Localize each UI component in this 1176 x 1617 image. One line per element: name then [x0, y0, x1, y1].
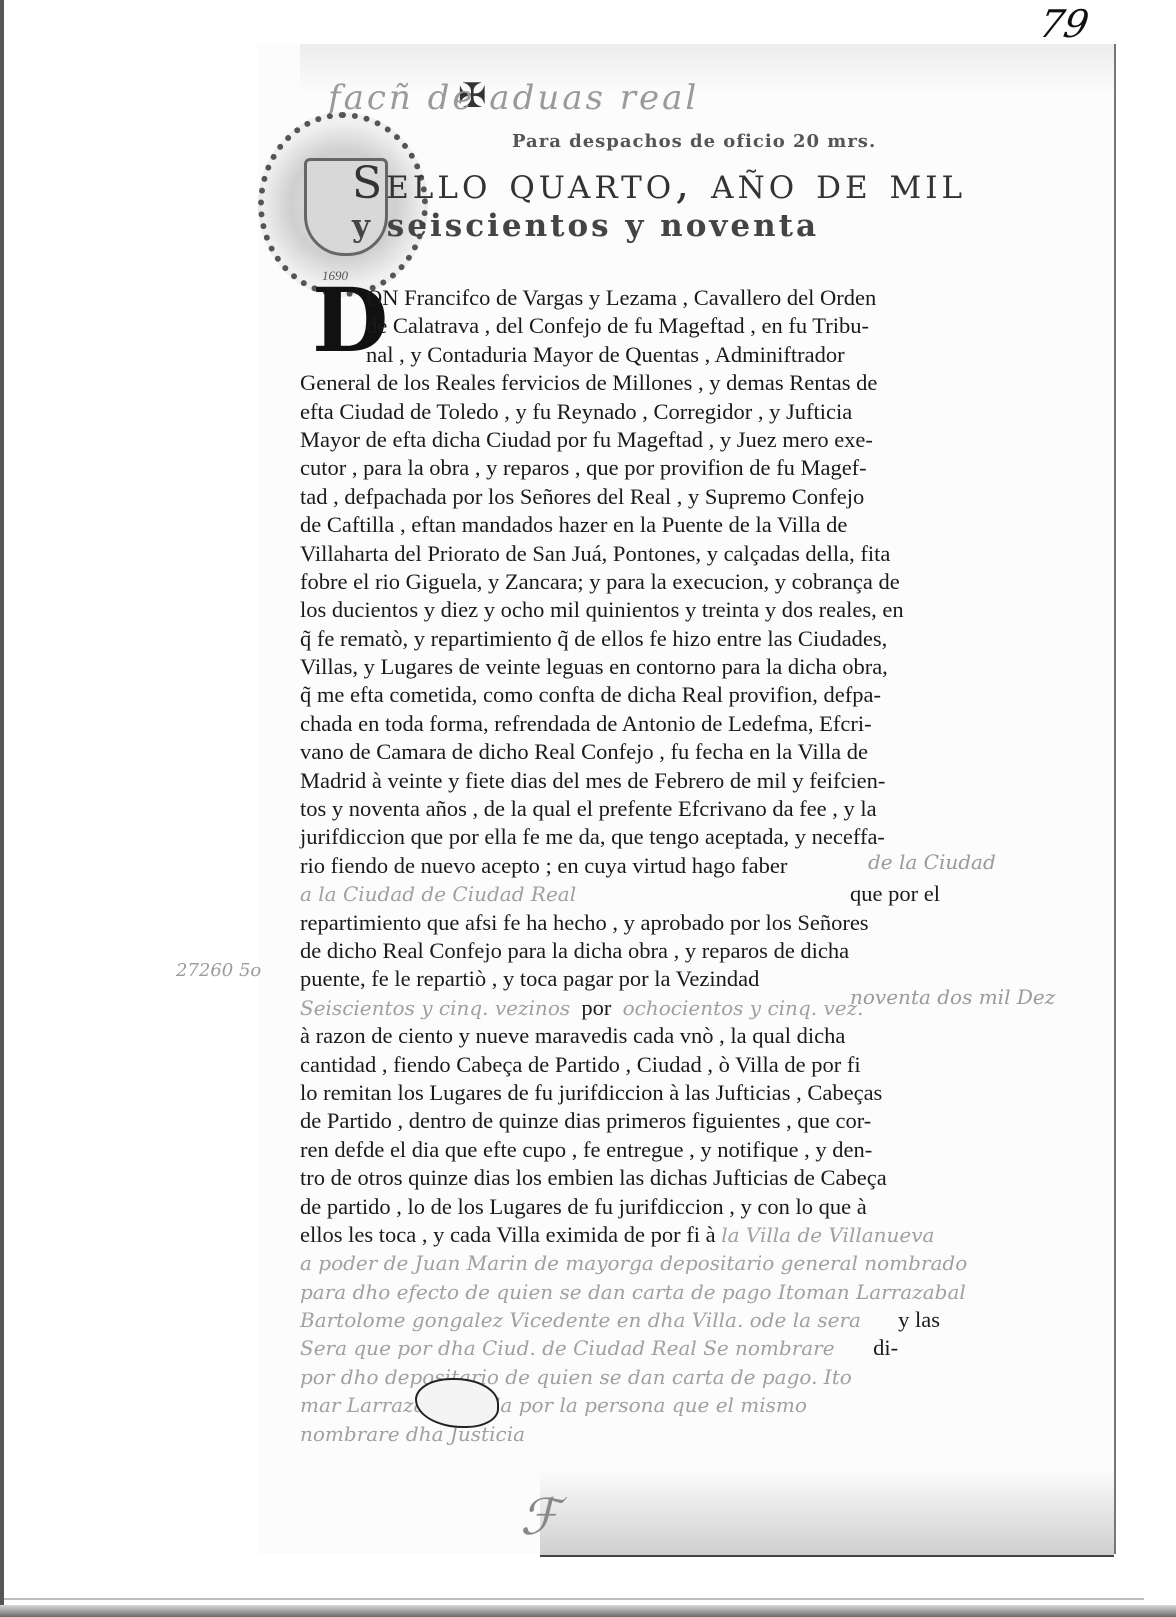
margin-note-right-lower: noventa dos mil Dez: [850, 985, 1055, 1009]
text-line: efta Ciudad de Toledo , y fu Reynado , C…: [300, 398, 940, 426]
text-line: General de los Reales fervicios de Millo…: [300, 369, 940, 397]
handwritten-entry: ochocientos y cinq. vez.: [623, 996, 864, 1020]
text-line: de dicho Real Confejo para la dicha obra…: [300, 937, 940, 965]
fill-in-line: Seiscientos y cinq. vezinos por ochocien…: [300, 994, 940, 1022]
fill-in-line: a la Ciudad de Ciudad Real que por el: [300, 880, 940, 908]
text-line: rio fiendo de nuevo acepto ; en cuya vir…: [300, 852, 940, 880]
text-line: tad , defpachada por los Señores del Rea…: [300, 483, 940, 511]
handwritten-heading: facñ de aduas real: [328, 78, 699, 118]
fill-in-line: Sera que por dha Ciud. de Ciudad Real Se…: [300, 1334, 940, 1362]
text-line: jurifdiccion que por ella fe me da, que …: [300, 823, 940, 851]
fill-in-line: Bartolome gongalez Vicedente en dha Vill…: [300, 1306, 940, 1334]
text-line: Villaharta del Priorato de San Juá, Pont…: [300, 540, 940, 568]
text-line: tos y noventa años , de la qual el prefe…: [300, 795, 940, 823]
text-line: q̃ fe rematò, y repartimiento q̃ de ello…: [300, 625, 940, 653]
text-line: repartimiento que afsi fe ha hecho , y a…: [300, 909, 940, 937]
handwritten-line: a poder de Juan Marin de mayorga deposit…: [300, 1249, 940, 1277]
fill-in-line: ellos les toca , y cada Villa eximida de…: [300, 1221, 940, 1249]
handwritten-line: nombrare dha Justicia: [300, 1420, 940, 1448]
text-line: Mayor de efta dicha Ciudad por fu Mageft…: [300, 426, 940, 454]
handwritten-entry: a la Ciudad de Ciudad Real: [300, 882, 576, 906]
text-line: ren defde el dia que efte cupo , fe entr…: [300, 1136, 940, 1164]
text-line: vano de Camara de dicho Real Confejo , f…: [300, 738, 940, 766]
text-line: de Partido , dentro de quinze dias prime…: [300, 1107, 940, 1135]
handwritten-line: mar Larrazabal della por la persona que …: [300, 1391, 940, 1419]
handwritten-entry: la Villa de Villanueva: [721, 1223, 934, 1247]
handwritten-entry: Bartolome gongalez Vicedente en dha Vill…: [300, 1308, 861, 1332]
paper-stain-bottom: [540, 1470, 1114, 1557]
signature-rubric: ℱ: [520, 1488, 559, 1546]
text-line: de partido , lo de los Lugares de fu jur…: [300, 1193, 940, 1221]
text-line: à razon de ciento y nueve maravedis cada…: [300, 1022, 940, 1050]
scan-bottom-line: [4, 1598, 1144, 1600]
text-fragment: y las: [898, 1306, 940, 1334]
text-line: fobre el rio Giguela, y Zancara; y para …: [300, 568, 940, 596]
text-line: chada en toda forma, refrendada de Anton…: [300, 710, 940, 738]
text-line: de Calatrava , del Confejo de fu Magefta…: [300, 312, 940, 340]
stamp-title-line2: y seiscientos y noventa: [352, 208, 819, 244]
scan-left-edge: [0, 0, 4, 1617]
text-line: cantidad , fiendo Cabeça de Partido , Ci…: [300, 1051, 940, 1079]
text-line: Villas, y Lugares de veinte leguas en co…: [300, 653, 940, 681]
margin-note-right-upper: de la Ciudad: [868, 850, 996, 874]
document-body: ON Francifco de Vargas y Lezama , Cavall…: [300, 284, 940, 1448]
scan-bottom-edge: [0, 1605, 1176, 1617]
text-line: lo remitan los Lugares de fu jurifdiccio…: [300, 1079, 940, 1107]
handwritten-entry: Seiscientos y cinq. vezinos: [300, 996, 570, 1020]
handwritten-entry: Sera que por dha Ciud. de Ciudad Real Se…: [300, 1336, 835, 1360]
text-line: q̃ me efta cometida, como confta de dich…: [300, 681, 940, 709]
text-line: los ducientos y diez y ocho mil quinient…: [300, 596, 940, 624]
text-fragment: que por el: [850, 880, 940, 908]
text-line: ON Francifco de Vargas y Lezama , Cavall…: [300, 284, 940, 312]
stamp-subtitle: Para despachos de oficio 20 mrs.: [512, 131, 876, 152]
text-line: nal , y Contaduria Mayor de Quentas , Ad…: [300, 341, 940, 369]
text-line: de Caftilla , eftan mandados hazer en la…: [300, 511, 940, 539]
text-line: Madrid à veinte y fiete dias del mes de …: [300, 767, 940, 795]
text-line: cutor , para la obra , y reparos , que p…: [300, 454, 940, 482]
text-line: puente, fe le repartiò , y toca pagar po…: [300, 965, 940, 993]
handwritten-line: para dho efecto de quien se dan carta de…: [300, 1278, 940, 1306]
stamp-title-line1: Sello quarto, año de mil: [352, 158, 966, 209]
text-fragment: por: [581, 995, 611, 1020]
text-fragment: di-: [873, 1334, 898, 1362]
text-fragment: ellos les toca , y cada Villa eximida de…: [300, 1222, 716, 1247]
handwritten-line: por dho depositario de quien se dan cart…: [300, 1363, 940, 1391]
folio-number: 79: [1036, 2, 1092, 46]
text-line: tro de otros quinze dias los embien las …: [300, 1164, 940, 1192]
margin-note-left: 27260 5o: [176, 960, 261, 981]
